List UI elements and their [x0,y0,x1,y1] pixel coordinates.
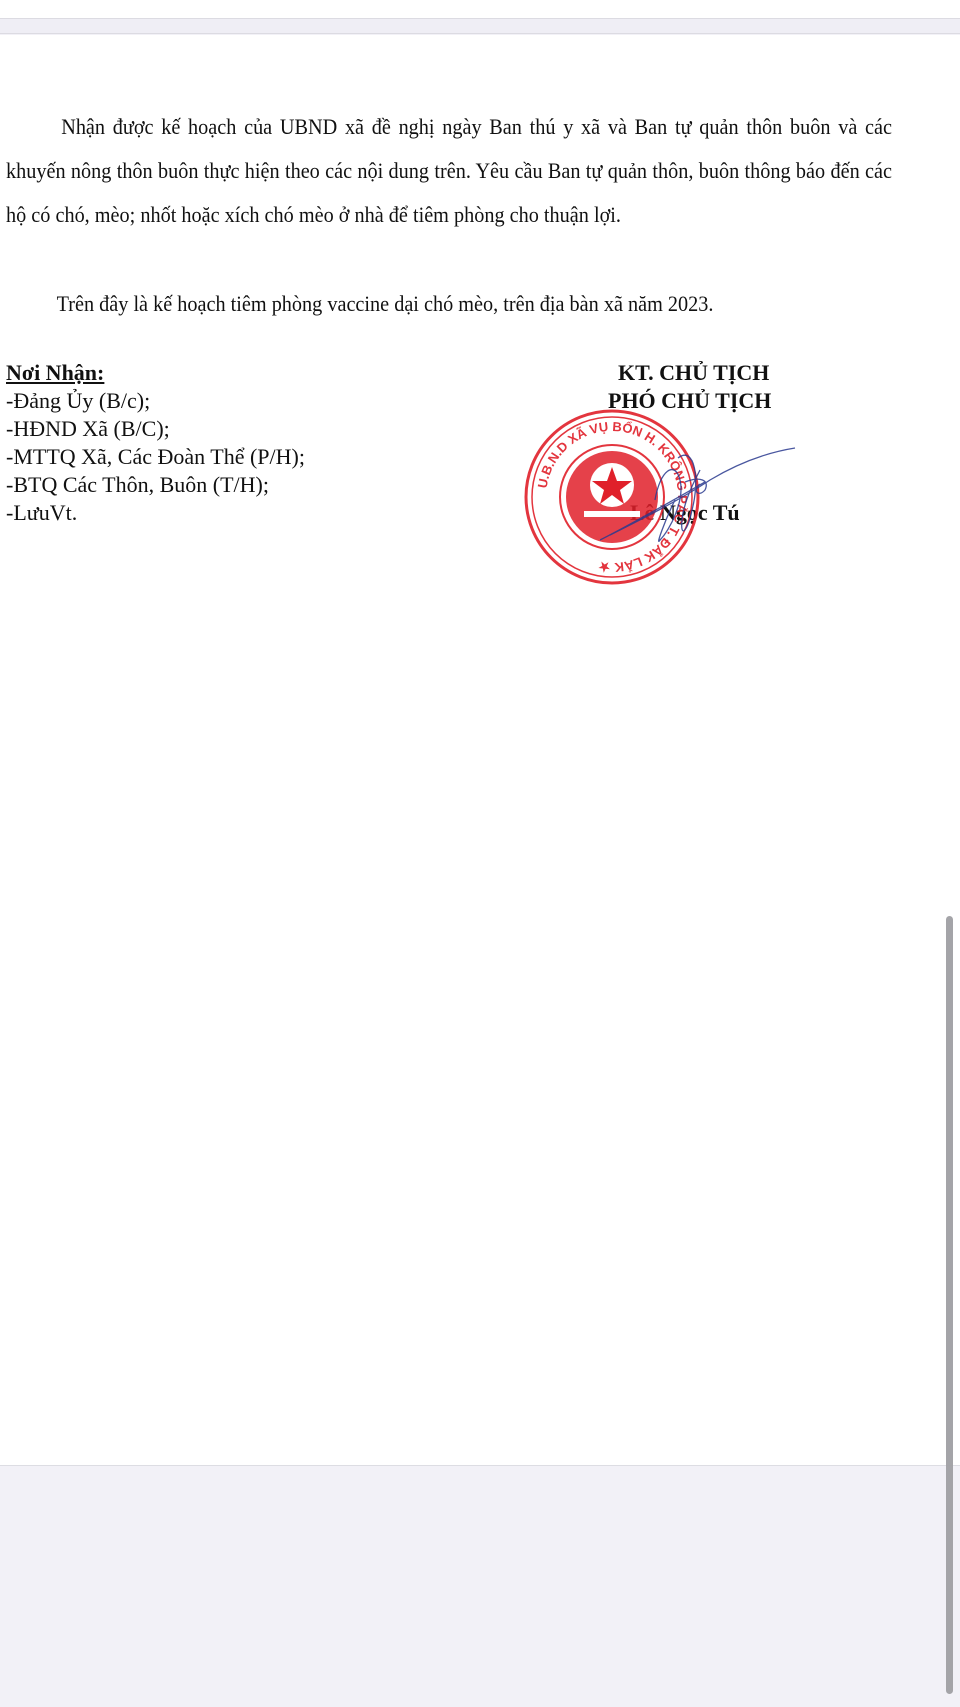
recipient-item: -BTQ Các Thôn, Buôn (T/H); [6,471,305,499]
vertical-scrollbar[interactable] [946,916,953,1694]
handwritten-signature [600,440,800,550]
recipient-item: -LưuVt. [6,499,305,527]
recipient-item: -Đảng Ủy (B/c); [6,387,305,415]
document-page: Nhận được kế hoạch của UBND xã đề nghị n… [0,35,960,1466]
recipients-title: Nơi Nhận: [6,359,305,387]
signer-title-line1: KT. CHỦ TỊCH [618,359,769,387]
recipient-item: -MTTQ Xã, Các Đoàn Thể (P/H); [6,443,305,471]
body-paragraph: Nhận được kế hoạch của UBND xã đề nghị n… [6,105,892,237]
viewer-top-margin [0,0,960,18]
closing-paragraph: Trên đây là kế hoạch tiêm phòng vaccine … [6,282,892,326]
recipients-block: Nơi Nhận: -Đảng Ủy (B/c); -HĐND Xã (B/C)… [6,359,305,527]
recipient-item: -HĐND Xã (B/C); [6,415,305,443]
page-separator [0,18,960,34]
